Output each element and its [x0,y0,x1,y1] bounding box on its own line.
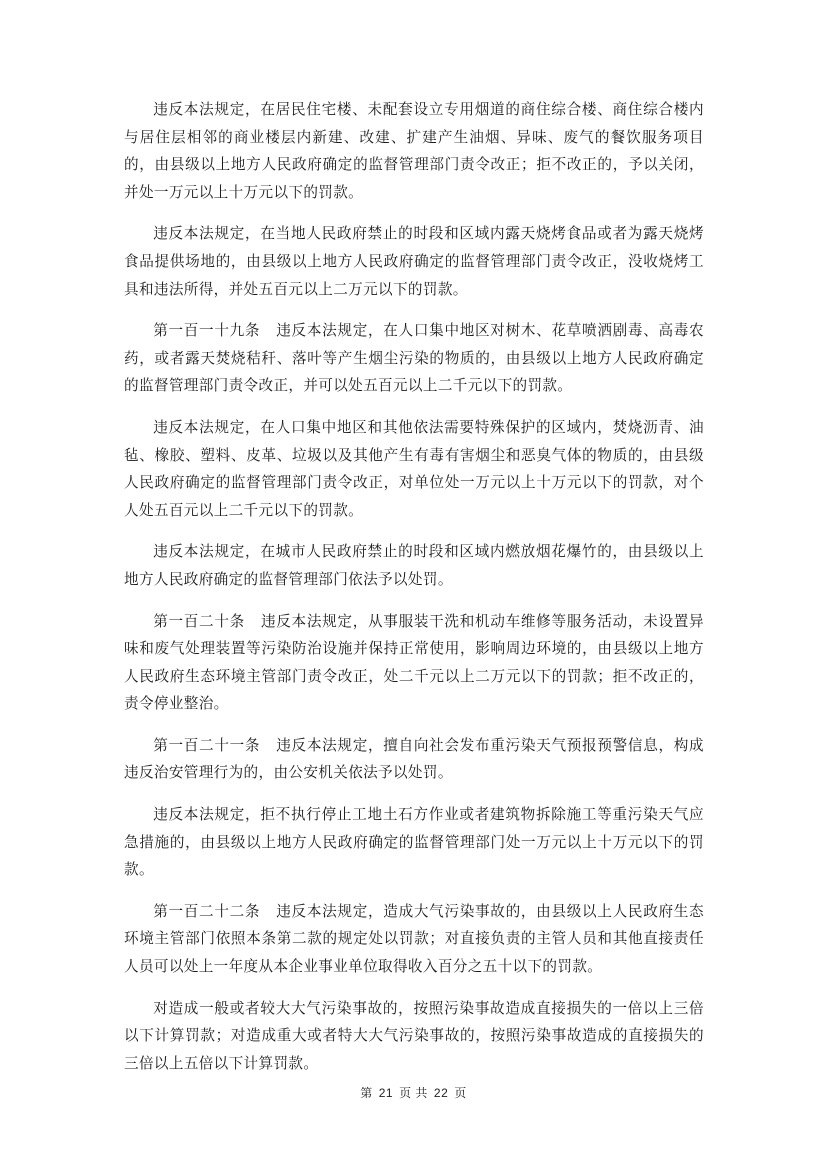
paragraph-text: 违反本法规定，在居民住宅楼、未配套设立专用烟道的商住综合楼、商住综合楼内与居住层… [124,101,704,201]
paragraph: 违反本法规定，拒不执行停止工地土石方作业或者建筑物拆除施工等重污染天气应急措施的… [124,801,704,884]
paragraph-article-120: 第一百二十条违反本法规定，从事服装干洗和机动车维修等服务活动，未设置异味和废气处… [124,608,704,718]
paragraph-article-122: 第一百二十二条违反本法规定，造成大气污染事故的，由县级以上人民政府生态环境主管部… [124,898,704,981]
document-body: 违反本法规定，在居民住宅楼、未配套设立专用烟道的商住综合楼、商住综合楼内与居住层… [124,96,704,1091]
paragraph: 违反本法规定，在人口集中地区和其他依法需要特殊保护的区域内，焚烧沥青、油毡、橡胶… [124,414,704,524]
document-page: 违反本法规定，在居民住宅楼、未配套设立专用烟道的商住综合楼、商住综合楼内与居住层… [0,0,827,1170]
article-number: 第一百二十二条 [153,903,260,920]
article-number: 第一百二十一条 [153,737,260,754]
paragraph-text: 违反本法规定，拒不执行停止工地土石方作业或者建筑物拆除施工等重污染天气应急措施的… [124,806,704,878]
paragraph: 违反本法规定，在城市人民政府禁止的时段和区域内燃放烟花爆竹的，由县级以上地方人民… [124,538,704,593]
paragraph-text: 违反本法规定，在当地人民政府禁止的时段和区域内露天烧烤食品或者为露天烧烤食品提供… [124,225,704,297]
paragraph-text: 违反本法规定，在人口集中地区和其他依法需要特殊保护的区域内，焚烧沥青、油毡、橡胶… [124,419,704,519]
paragraph: 对造成一般或者较大大气污染事故的，按照污染事故造成直接损失的一倍以上三倍以下计算… [124,995,704,1078]
footer-prefix: 第 [360,1086,373,1100]
paragraph: 违反本法规定，在当地人民政府禁止的时段和区域内露天烧烤食品或者为露天烧烤食品提供… [124,220,704,303]
total-page-count: 22 [434,1086,448,1100]
current-page-number: 21 [379,1086,393,1100]
article-number: 第一百一十九条 [153,322,260,339]
paragraph-text: 违反本法规定，在城市人民政府禁止的时段和区域内燃放烟花爆竹的，由县级以上地方人民… [124,543,704,588]
paragraph: 违反本法规定，在居民住宅楼、未配套设立专用烟道的商住综合楼、商住综合楼内与居住层… [124,96,704,206]
footer-suffix: 页 [454,1086,467,1100]
footer-middle: 页 共 [399,1086,428,1100]
article-number: 第一百二十条 [153,613,245,630]
paragraph-text: 对造成一般或者较大大气污染事故的，按照污染事故造成直接损失的一倍以上三倍以下计算… [124,1000,704,1072]
paragraph-article-121: 第一百二十一条违反本法规定，擅自向社会发布重污染天气预报预警信息，构成违反治安管… [124,732,704,787]
page-footer: 第21页 共22页 [0,1084,827,1101]
paragraph-article-119: 第一百一十九条违反本法规定，在人口集中地区对树木、花草喷洒剧毒、高毒农药，或者露… [124,317,704,400]
